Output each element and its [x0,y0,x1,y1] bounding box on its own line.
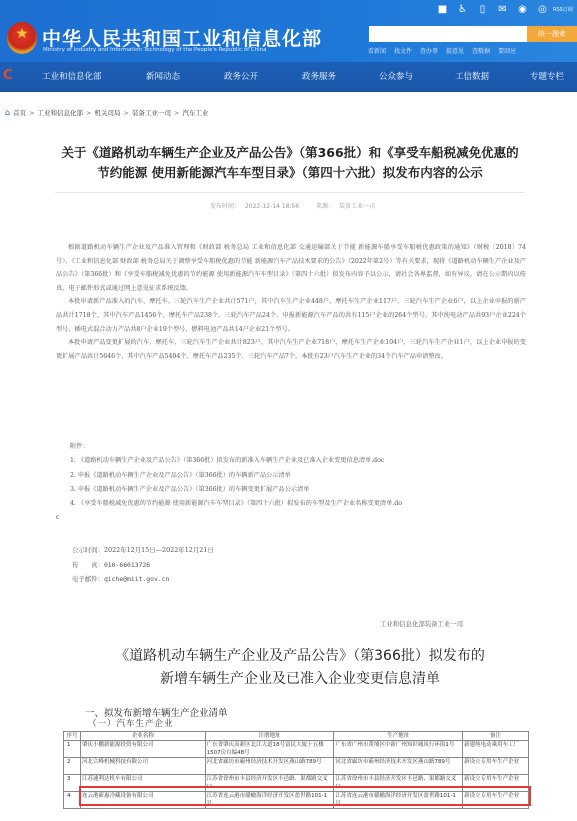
fax-label: 传 真： [72,561,104,569]
quick-link-response[interactable]: 要回应 [498,46,516,55]
quick-link-services[interactable]: 查办事 [420,46,438,55]
document-title: 《道路机动车辆生产企业及产品公告》（第366批）拟发布的 新增车辆生产企业及已准… [60,645,540,691]
title-divider [55,192,525,193]
document-title-line-1: 《道路机动车辆生产企业及产品公告》（第366批）拟发布的 [60,645,540,668]
paragraph-new-products: 本批申请新产品准入的汽车、摩托车、三轮汽车生产企业共计571户，其中汽车生产企业… [56,295,526,336]
document-title-line-2: 新增车辆生产企业及已准入企业变更信息清单 [60,668,540,691]
attachment-link-3[interactable]: 3. 申报《道路机动车辆生产企业及产品公告》（第366批）的车辆变更扩展产品公示… [70,483,530,497]
national-emblem-icon [7,22,37,54]
nav-item-ministry[interactable]: 工业和信息化部 [42,70,102,82]
period-value: 2022年12月15日—2022年12月21日 [104,546,214,554]
source: 装备工业一司 [339,203,375,210]
article-title: 关于《道路机动车辆生产企业及产品公告》（第366批）和《享受车船税减免优惠的 节… [40,143,540,183]
attachments-label: 附件： [70,440,530,454]
breadcrumb-separator: > [174,109,179,117]
attachment-link-1[interactable]: 1. 《道路机动车辆生产企业及产品公告》（第366批）拟发布的新准入车辆生产企业… [70,454,530,468]
cell-company: 连云港新惠冷藏设备有限公司 [80,792,205,809]
home-icon[interactable]: ⌂ [5,108,10,117]
table-header-row: 序号 企业名称 注册地址 生产地址 备注 [64,732,529,741]
col-header-prod-address: 生产地址 [334,732,463,741]
weibo-icon[interactable]: ◎ [537,4,548,15]
table-row: 1 肇庆小鹏新能源投资有限公司 广东省肇庆高新区北江大道18号富民大厦十五楼15… [64,741,529,758]
mail-icon[interactable]: ✉ [497,4,508,15]
cell-index: 1 [64,741,81,758]
main-nav: C 工业和信息化部 新闻动态 政务公开 政务服务 公众参与 工信数据 专题专栏 [0,62,577,92]
attachment-link-4[interactable]: 4. 《享受车船税减免优惠的节约能源 使用新能源汽车车型目录》（第四十六批）拟发… [70,497,530,511]
accessibility-robot-icon[interactable]: ■ [437,4,448,15]
table-row-highlighted: 3 江苏速利达机车有限公司 江苏省徐州市丰县经济开发区丰邑路、果都路交叉口 江苏… [64,775,529,792]
cell-company: 肇庆小鹏新能源投资有限公司 [80,741,205,758]
email-value[interactable]: qiche@miit.gov.cn [104,575,169,583]
article-title-line-2: 节约能源 使用新能源汽车车型目录》（第四十六批）拟发布内容的公示 [40,163,540,183]
breadcrumb-separator: > [29,109,34,117]
nav-item-gov-affairs[interactable]: 政务公开 [224,70,258,82]
nav-item-news[interactable]: 新闻动态 [146,70,180,82]
cell-index: 4 [64,792,81,809]
contact-info: 公示时间：2022年12月15日—2022年12月21日 传 真：010-660… [72,543,214,587]
section-heading-1-1: （一）汽车生产企业 [88,717,174,729]
cell-reg-address: 河北省廊坊市霸州经济技术开发区燕山路789号 [205,758,334,775]
cell-index: 2 [64,758,81,775]
fax-value: 010-66013726 [104,561,150,569]
quick-link-files[interactable]: 找文件 [394,46,412,55]
breadcrumb-equipment-dept[interactable]: 装备工业一司 [132,108,171,117]
breadcrumb-ministry[interactable]: 工业和信息化部 [38,108,84,117]
nav-item-topics[interactable]: 专题专栏 [530,70,564,82]
article-body: 根据道路机动车辆生产企业及产品准入管理和《财政部 税务总局 工业和信息化部 交通… [56,241,526,363]
search-input[interactable] [369,26,527,42]
cell-company: 江苏速利达机车有限公司 [80,775,205,792]
nav-item-gov-services[interactable]: 政务服务 [302,70,336,82]
table-row: 2 河北合峰机械科技有限公司 河北省廊坊市霸州经济技术开发区燕山路789号 河北… [64,758,529,775]
breadcrumb-departments[interactable]: 机关司局 [94,108,120,117]
article-meta: 发布时间：2022-12-14 18:56 来源：装备工业一司 [50,201,530,210]
quick-link-news[interactable]: 看新闻 [368,46,386,55]
period-label: 公示时间： [72,546,104,554]
search-button[interactable]: 统一搜索 [527,26,577,42]
col-header-company: 企业名称 [80,732,205,741]
paragraph-changes: 本批申请产品变更扩展的汽车、摩托车、三轮汽车生产企业共计823户，其中汽车生产企… [56,336,526,363]
mobile-icon[interactable]: ▯ [477,4,488,15]
publish-time-label: 发布时间： [210,203,240,210]
attachment-link-4-overflow[interactable]: c [56,511,530,525]
wechat-icon[interactable]: ◉ [517,4,528,15]
quick-link-data[interactable]: 查数据 [472,46,490,55]
cell-prod-address: 江苏省连云港市赣榆海洋经济开发区盈世路101-1号 [334,792,463,809]
breadcrumb-separator: > [86,109,91,117]
breadcrumb: ⌂ 首页 > 工业和信息化部 > 机关司局 > 装备工业一司 > 汽车工业 [5,108,208,117]
cell-reg-address: 江苏省连云港市赣榆海洋经济开发区盈世路101-1号 [205,792,334,809]
cell-remark: 新设立专用车生产企业 [463,775,529,792]
cell-remark: 新设立专用车生产企业 [463,792,529,809]
breadcrumb-separator: > [123,109,128,117]
quick-links: 看新闻 找文件 查办事 提意见 查数据 要回应 [368,46,516,55]
col-header-remark: 备注 [463,732,529,741]
nav-item-public-participation[interactable]: 公众参与 [379,70,413,82]
site-subtitle: Ministry of Industry and Information Tec… [43,47,266,53]
signature: 工业和信息化部装备工业一司 [380,619,463,628]
nav-item-data[interactable]: 工信数据 [455,70,489,82]
cell-reg-address: 江苏省徐州市丰县经济开发区丰邑路、果都路交叉口 [205,775,334,792]
cell-remark: 新设立专用车生产企业 [463,758,529,775]
attachments: 附件： 1. 《道路机动车辆生产企业及产品公告》（第366批）拟发布的新准入车辆… [70,440,530,526]
cell-prod-address: 河北省廊坊市霸州经济技术开发区燕山路789号 [334,758,463,775]
cell-prod-address: 江苏省徐州市丰县经济开发区丰邑路、果都路交叉口 [334,775,463,792]
site-header: 中华人民共和国工业和信息化部 Ministry of Industry and … [0,0,577,62]
cell-prod-address: 广东省广州市黄埔区中新广州知识城凤行环街1号 [334,741,463,758]
wheelchair-icon[interactable]: ♿ [457,4,468,15]
breadcrumb-home[interactable]: 首页 [13,108,26,117]
top-utility-icons: ■ ♿ ▯ ✉ ◉ ◎ RSS订阅 [437,4,573,15]
breadcrumb-auto-industry[interactable]: 汽车工业 [182,108,208,117]
cell-remark: 新建纯电动乘用车工厂 [463,741,529,758]
paragraph-intro: 根据道路机动车辆生产企业及产品准入管理和《财政部 税务总局 工业和信息化部 交通… [56,241,526,295]
cell-reg-address: 广东省肇庆高新区北江大道18号富民大厦十五楼1507房自编48号 [205,741,334,758]
nav-logo-icon: C [3,70,13,82]
source-label: 来源： [316,203,334,210]
cell-index: 3 [64,775,81,792]
col-header-index: 序号 [64,732,81,741]
enterprise-table: 序号 企业名称 注册地址 生产地址 备注 1 肇庆小鹏新能源投资有限公司 广东省… [63,731,529,809]
cell-company: 河北合峰机械科技有限公司 [80,758,205,775]
article-title-line-1: 关于《道路机动车辆生产企业及产品公告》（第366批）和《享受车船税减免优惠的 [40,143,540,163]
quick-link-feedback[interactable]: 提意见 [446,46,464,55]
attachment-link-2[interactable]: 2. 申报《道路机动车辆生产企业及产品公告》（第366批）的车辆新产品公示清单 [70,469,530,483]
email-label: 电子邮件： [72,575,104,583]
table-row: 4 连云港新惠冷藏设备有限公司 江苏省连云港市赣榆海洋经济开发区盈世路101-1… [64,792,529,809]
publish-time: 2022-12-14 18:56 [245,203,299,210]
rss-link[interactable]: RSS订阅 [553,6,573,13]
col-header-reg-address: 注册地址 [205,732,334,741]
